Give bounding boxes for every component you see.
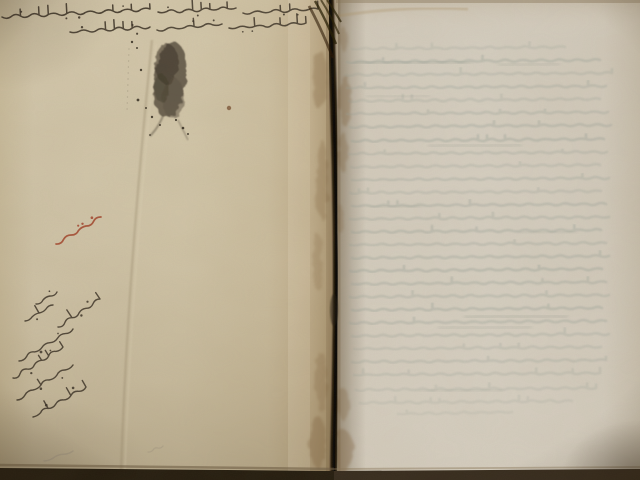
manuscript-canvas — [0, 0, 640, 480]
vignette — [0, 0, 640, 480]
manuscript-photo — [0, 0, 640, 480]
